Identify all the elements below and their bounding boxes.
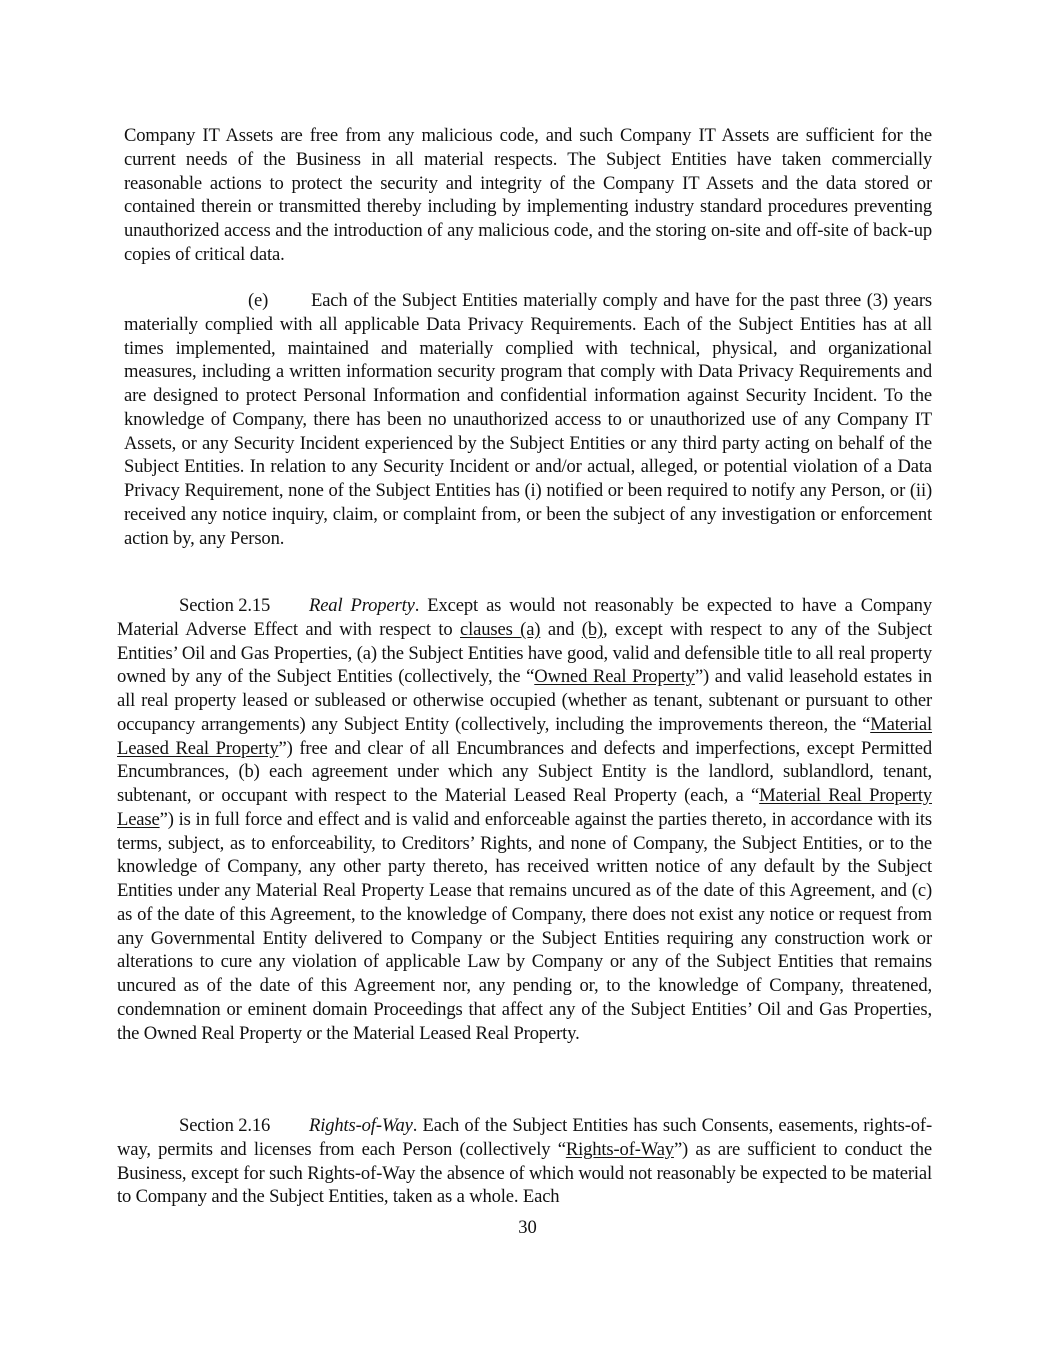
paragraph-text: Each of the Subject Entities materially … bbox=[124, 290, 932, 549]
section-number: Section 2.16 bbox=[179, 1114, 309, 1138]
page-number: 30 bbox=[0, 1216, 1055, 1240]
document-page: Company IT Assets are free from any mali… bbox=[0, 0, 1055, 1365]
section-text: ”) is in full force and effect and is va… bbox=[117, 809, 932, 1044]
section-2-16-rights-of-way: Section 2.16Rights-of-Way. Each of the S… bbox=[117, 1114, 932, 1209]
defined-term: clauses (a) bbox=[460, 619, 540, 640]
defined-term-rights-of-way: Rights-of-Way bbox=[566, 1139, 674, 1160]
paragraph-e-data-privacy: (e)Each of the Subject Entities material… bbox=[124, 289, 932, 550]
section-2-15-real-property: Section 2.15Real Property. Except as wou… bbox=[117, 594, 932, 1045]
defined-term-owned-real-property: Owned Real Property bbox=[534, 666, 695, 687]
paragraph-it-assets: Company IT Assets are free from any mali… bbox=[124, 124, 932, 267]
section-text: and bbox=[540, 619, 581, 640]
section-title: Rights-of-Way bbox=[309, 1115, 413, 1136]
defined-term: (b) bbox=[582, 619, 603, 640]
section-number: Section 2.15 bbox=[179, 594, 309, 618]
section-title: Real Property bbox=[309, 595, 415, 616]
paragraph-text: Company IT Assets are free from any mali… bbox=[124, 125, 932, 265]
enum-label: (e) bbox=[248, 289, 311, 313]
